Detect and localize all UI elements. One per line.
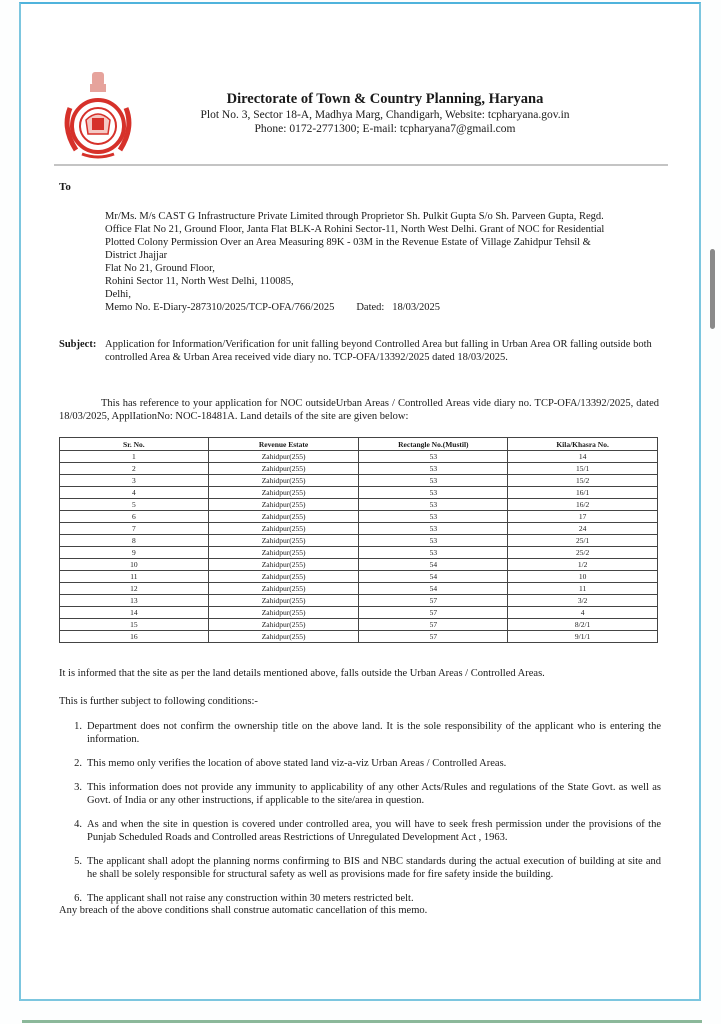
table-cell: 14 (60, 607, 209, 619)
addressee-line: District Jhajjar (105, 249, 665, 262)
condition-item: 3.This information does not provide any … (59, 781, 661, 807)
table-row: 1Zahidpur(255)5314 (60, 451, 658, 463)
table-cell: Zahidpur(255) (208, 595, 359, 607)
table-cell: 8/2/1 (508, 619, 658, 631)
header-sr-no: Sr. No. (60, 438, 209, 451)
table-cell: Zahidpur(255) (208, 631, 359, 643)
table-cell: 12 (60, 583, 209, 595)
table-cell: Zahidpur(255) (208, 499, 359, 511)
table-cell: Zahidpur(255) (208, 475, 359, 487)
table-row: 14Zahidpur(255)574 (60, 607, 658, 619)
addressee-line: Mr/Ms. M/s CAST G Infrastructure Private… (105, 210, 665, 223)
table-cell: 54 (359, 571, 508, 583)
table-cell: 53 (359, 511, 508, 523)
table-cell: 11 (508, 583, 658, 595)
next-page-edge (22, 1020, 702, 1023)
table-cell: 8 (60, 535, 209, 547)
table-cell: 15/2 (508, 475, 658, 487)
org-address: Plot No. 3, Sector 18-A, Madhya Marg, Ch… (150, 108, 620, 122)
header-revenue-estate: Revenue Estate (208, 438, 359, 451)
subject-text: Application for Information/Verification… (105, 338, 659, 364)
addressee-line: Office Flat No 21, Ground Floor, Janta F… (105, 223, 665, 236)
table-row: 16Zahidpur(255)579/1/1 (60, 631, 658, 643)
table-cell: Zahidpur(255) (208, 535, 359, 547)
condition-item: 4.As and when the site in question is co… (59, 818, 661, 844)
table-cell: 9 (60, 547, 209, 559)
table-cell: 53 (359, 547, 508, 559)
table-cell: 53 (359, 523, 508, 535)
table-cell: 25/1 (508, 535, 658, 547)
condition-item: 5.The applicant shall adopt the planning… (59, 855, 661, 881)
table-cell: 3/2 (508, 595, 658, 607)
table-cell: 10 (60, 559, 209, 571)
condition-item: 1.Department does not confirm the owners… (59, 720, 661, 746)
table-cell: 5 (60, 499, 209, 511)
table-cell: 11 (60, 571, 209, 583)
table-cell: 17 (508, 511, 658, 523)
table-row: 15Zahidpur(255)578/2/1 (60, 619, 658, 631)
header-rectangle-no: Rectangle No.(Mustil) (359, 438, 508, 451)
table-cell: 3 (60, 475, 209, 487)
table-cell: 57 (359, 619, 508, 631)
table-header-row: Sr. No. Revenue Estate Rectangle No.(Mus… (60, 438, 658, 451)
table-cell: 53 (359, 451, 508, 463)
table-cell: Zahidpur(255) (208, 583, 359, 595)
addressee-block: Mr/Ms. M/s CAST G Infrastructure Private… (105, 210, 665, 314)
memo-line: Memo No. E-Diary-287310/2025/TCP-OFA/766… (105, 301, 665, 314)
table-cell: Zahidpur(255) (208, 547, 359, 559)
reference-paragraph: This has reference to your application f… (59, 397, 659, 423)
table-cell: 57 (359, 595, 508, 607)
table-row: 9Zahidpur(255)5325/2 (60, 547, 658, 559)
table-cell: Zahidpur(255) (208, 571, 359, 583)
table-cell: 53 (359, 463, 508, 475)
addressee-line: Delhi, (105, 288, 665, 301)
header-divider (54, 164, 668, 166)
table-cell: Zahidpur(255) (208, 607, 359, 619)
table-cell: 4 (508, 607, 658, 619)
table-cell: 9/1/1 (508, 631, 658, 643)
table-cell: 4 (60, 487, 209, 499)
table-cell: 16/2 (508, 499, 658, 511)
table-cell: 53 (359, 475, 508, 487)
informed-paragraph: It is informed that the site as per the … (59, 667, 659, 680)
table-row: 3Zahidpur(255)5315/2 (60, 475, 658, 487)
table-cell: 54 (359, 559, 508, 571)
conditions-list: 1.Department does not confirm the owners… (59, 720, 661, 905)
letterhead: Directorate of Town & Country Planning, … (150, 90, 620, 136)
table-cell: 15 (60, 619, 209, 631)
breach-statement: Any breach of the above conditions shall… (59, 904, 659, 917)
table-cell: 16/1 (508, 487, 658, 499)
table-cell: Zahidpur(255) (208, 463, 359, 475)
table-cell: Zahidpur(255) (208, 487, 359, 499)
table-row: 13Zahidpur(255)573/2 (60, 595, 658, 607)
subject-label: Subject: (59, 338, 105, 364)
table-cell: 16 (60, 631, 209, 643)
table-cell: 13 (60, 595, 209, 607)
table-row: 7Zahidpur(255)5324 (60, 523, 658, 535)
to-label: To (59, 181, 71, 194)
table-row: 11Zahidpur(255)5410 (60, 571, 658, 583)
memo-date: Dated: 18/03/2025 (356, 301, 440, 314)
table-cell: 1/2 (508, 559, 658, 571)
table-row: 5Zahidpur(255)5316/2 (60, 499, 658, 511)
land-details-table: Sr. No. Revenue Estate Rectangle No.(Mus… (59, 437, 658, 643)
haryana-emblem-icon (56, 68, 140, 160)
table-cell: 14 (508, 451, 658, 463)
table-row: 8Zahidpur(255)5325/1 (60, 535, 658, 547)
condition-item: 2.This memo only verifies the location o… (59, 757, 661, 770)
table-cell: 25/2 (508, 547, 658, 559)
table-cell: Zahidpur(255) (208, 451, 359, 463)
table-cell: 10 (508, 571, 658, 583)
table-cell: 53 (359, 535, 508, 547)
addressee-line: Plotted Colony Permission Over an Area M… (105, 236, 665, 249)
addressee-line: Rohini Sector 11, North West Delhi, 1100… (105, 275, 665, 288)
table-row: 6Zahidpur(255)5317 (60, 511, 658, 523)
table-cell: 53 (359, 487, 508, 499)
table-row: 12Zahidpur(255)5411 (60, 583, 658, 595)
table-row: 10Zahidpur(255)541/2 (60, 559, 658, 571)
table-cell: 6 (60, 511, 209, 523)
table-cell: 1 (60, 451, 209, 463)
table-cell: 15/1 (508, 463, 658, 475)
org-contact: Phone: 0172-2771300; E-mail: tcpharyana7… (150, 122, 620, 136)
conditions-intro: This is further subject to following con… (59, 695, 659, 708)
scrollbar-thumb[interactable] (710, 249, 715, 329)
table-cell: 2 (60, 463, 209, 475)
table-body: 1Zahidpur(255)53142Zahidpur(255)5315/13Z… (60, 451, 658, 643)
table-cell: 57 (359, 607, 508, 619)
table-cell: 53 (359, 499, 508, 511)
table-cell: Zahidpur(255) (208, 511, 359, 523)
addressee-line: Flat No 21, Ground Floor, (105, 262, 665, 275)
org-title: Directorate of Town & Country Planning, … (150, 90, 620, 108)
table-cell: 57 (359, 631, 508, 643)
memo-number: Memo No. E-Diary-287310/2025/TCP-OFA/766… (105, 301, 334, 314)
subject-block: Subject: Application for Information/Ver… (59, 338, 659, 364)
header-kila-khasra-no: Kila/Khasra No. (508, 438, 658, 451)
table-row: 4Zahidpur(255)5316/1 (60, 487, 658, 499)
table-row: 2Zahidpur(255)5315/1 (60, 463, 658, 475)
table-cell: 7 (60, 523, 209, 535)
table-cell: 24 (508, 523, 658, 535)
table-cell: 54 (359, 583, 508, 595)
table-cell: Zahidpur(255) (208, 619, 359, 631)
table-cell: Zahidpur(255) (208, 559, 359, 571)
table-cell: Zahidpur(255) (208, 523, 359, 535)
